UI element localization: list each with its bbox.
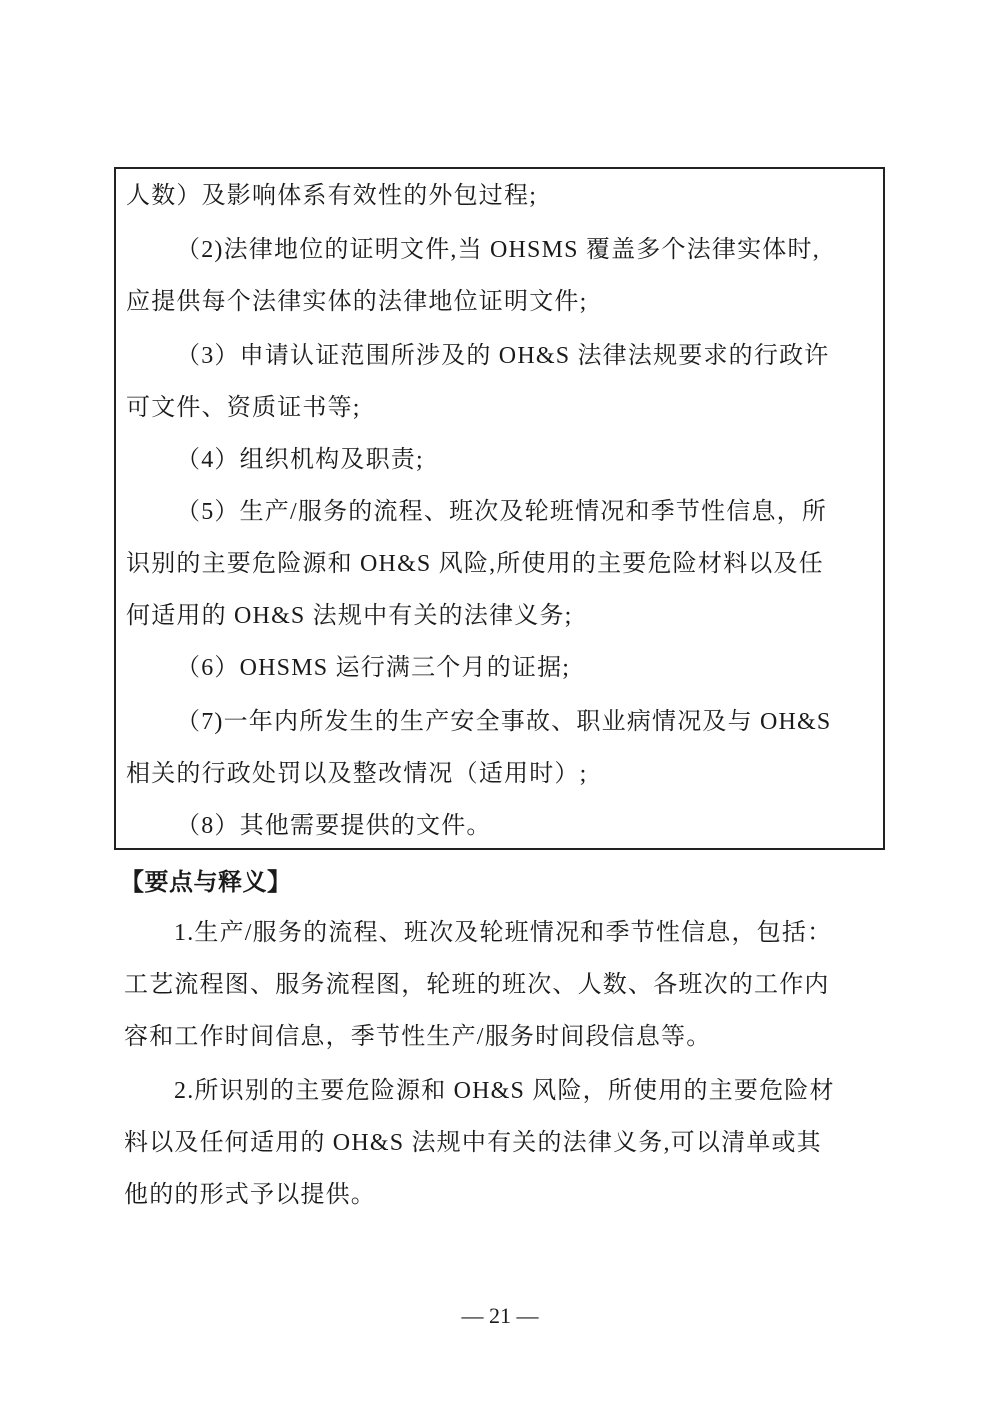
box-line-1: 人数）及影响体系有效性的外包过程; [126, 181, 537, 211]
box-line-4: （3）申请认证范围所涉及的 OH&S 法律法规要求的行政许 [176, 341, 829, 371]
box-line-2: （2)法律地位的证明文件,当 OHSMS 覆盖多个法律实体时, [176, 235, 820, 265]
body-line-4: 2.所识别的主要危险源和 OH&S 风险，所使用的主要危险材 [174, 1076, 835, 1106]
body-line-3: 容和工作时间信息，季节性生产/服务时间段信息等。 [124, 1022, 711, 1052]
box-line-9: 何适用的 OH&S 法规中有关的法律义务; [126, 601, 573, 631]
requirements-box: 人数）及影响体系有效性的外包过程; （2)法律地位的证明文件,当 OHSMS 覆… [114, 167, 885, 850]
body-line-6: 他的的形式予以提供。 [124, 1180, 376, 1210]
body-line-1: 1.生产/服务的流程、班次及轮班情况和季节性信息，包括： [174, 918, 832, 948]
box-line-10: （6）OHSMS 运行满三个月的证据; [176, 653, 570, 683]
box-line-12: 相关的行政处罚以及整改情况（适用时）; [126, 759, 587, 789]
page-number: — 21 — [0, 1302, 1000, 1330]
box-line-11: （7)一年内所发生的生产安全事故、职业病情况及与 OH&S [176, 707, 831, 737]
body-line-5: 料以及任何适用的 OH&S 法规中有关的法律义务,可以清单或其 [124, 1128, 822, 1158]
box-line-13: （8）其他需要提供的文件。 [176, 811, 492, 841]
body-line-2: 工艺流程图、服务流程图，轮班的班次、人数、各班次的工作内 [124, 970, 830, 1000]
box-line-5: 可文件、资质证书等; [126, 393, 361, 423]
box-line-7: （5）生产/服务的流程、班次及轮班情况和季节性信息，所 [176, 497, 827, 527]
section-heading: 【要点与释义】 [120, 866, 292, 898]
document-page: 人数）及影响体系有效性的外包过程; （2)法律地位的证明文件,当 OHSMS 覆… [0, 0, 1000, 1414]
box-line-8: 识别的主要危险源和 OH&S 风险,所使用的主要危险材料以及任 [126, 549, 824, 579]
box-line-6: （4）组织机构及职责; [176, 445, 424, 475]
box-line-3: 应提供每个法律实体的法律地位证明文件; [126, 287, 587, 317]
